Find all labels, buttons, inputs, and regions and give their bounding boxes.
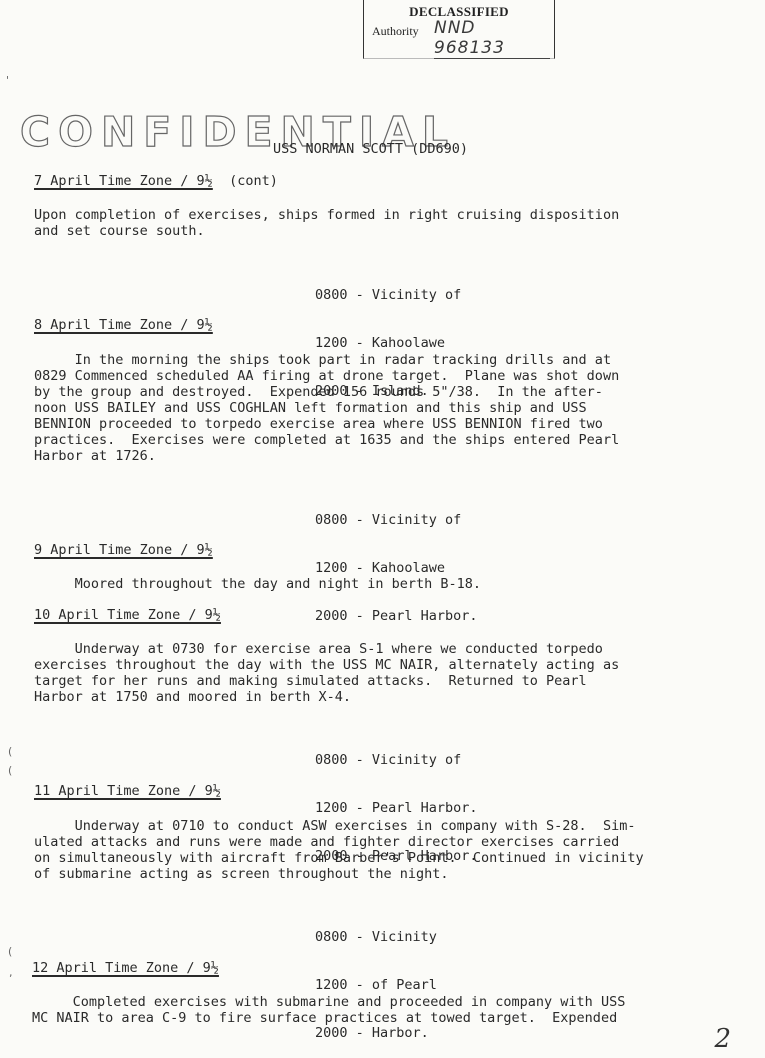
entry-paragraph-7-april: Upon completion of exercises, ships form… — [34, 207, 619, 239]
position-list-8-april: 0800 - Vicinity of 1200 - Kahoolawe 2000… — [315, 480, 478, 640]
entry-paragraph-10-april: Underway at 0730 for exercise area S-1 w… — [34, 641, 619, 705]
margin-mark: ( — [8, 945, 12, 958]
entry-heading-12-april: 12 April Time Zone ∕ 9½ — [32, 960, 219, 976]
margin-mark: ( — [8, 745, 12, 758]
margin-mark: ' — [6, 74, 9, 87]
position-1200: 1200 - Pearl Harbor. — [315, 800, 478, 816]
margin-mark: ( — [8, 764, 12, 777]
entry-paragraph-11-april: Underway at 0710 to conduct ASW exercise… — [34, 818, 644, 882]
position-1200: 1200 - Kahoolawe — [315, 560, 478, 576]
entry-heading-7-april: 7 April Time Zone ∕ 9½ (cont) — [34, 173, 278, 189]
stamp-authority-label: Authority — [372, 24, 419, 39]
position-1200: 1200 - Kahoolawe — [315, 335, 461, 351]
position-2000: 2000 - Pearl Harbor. — [315, 608, 478, 624]
position-2000: 2000 - Harbor. — [315, 1025, 437, 1041]
margin-mark: , — [9, 966, 13, 979]
position-0800: 0800 - Vicinity of — [315, 512, 478, 528]
position-0800: 0800 - Vicinity of — [315, 287, 461, 303]
entry-heading-10-april: 10 April Time Zone ∕ 9½ — [34, 607, 221, 623]
page-number: 2 — [714, 1024, 731, 1054]
position-0800: 0800 - Vicinity — [315, 929, 437, 945]
entry-heading-8-april: 8 April Time Zone ∕ 9½ — [34, 317, 213, 333]
entry-paragraph-9-april: Moored throughout the day and night in b… — [34, 576, 481, 592]
entry-paragraph-8-april: In the morning the ships took part in ra… — [34, 352, 619, 464]
ship-name: USS NORMAN SCOTT (DD690) — [273, 141, 468, 157]
entry-heading-9-april: 9 April Time Zone ∕ 9½ — [34, 542, 213, 558]
entry-heading-11-april: 11 April Time Zone ∕ 9½ — [34, 783, 221, 799]
position-0800: 0800 - Vicinity of — [315, 752, 478, 768]
stamp-authority-number: NND 968133 — [434, 18, 550, 59]
position-1200: 1200 - of Pearl — [315, 977, 437, 993]
entry-paragraph-12-april: Completed exercises with submarine and p… — [32, 994, 625, 1026]
declassified-stamp: DECLASSIFIED Authority NND 968133 — [363, 0, 555, 59]
position-list-11-april: 0800 - Vicinity 1200 - of Pearl 2000 - H… — [315, 897, 437, 1057]
